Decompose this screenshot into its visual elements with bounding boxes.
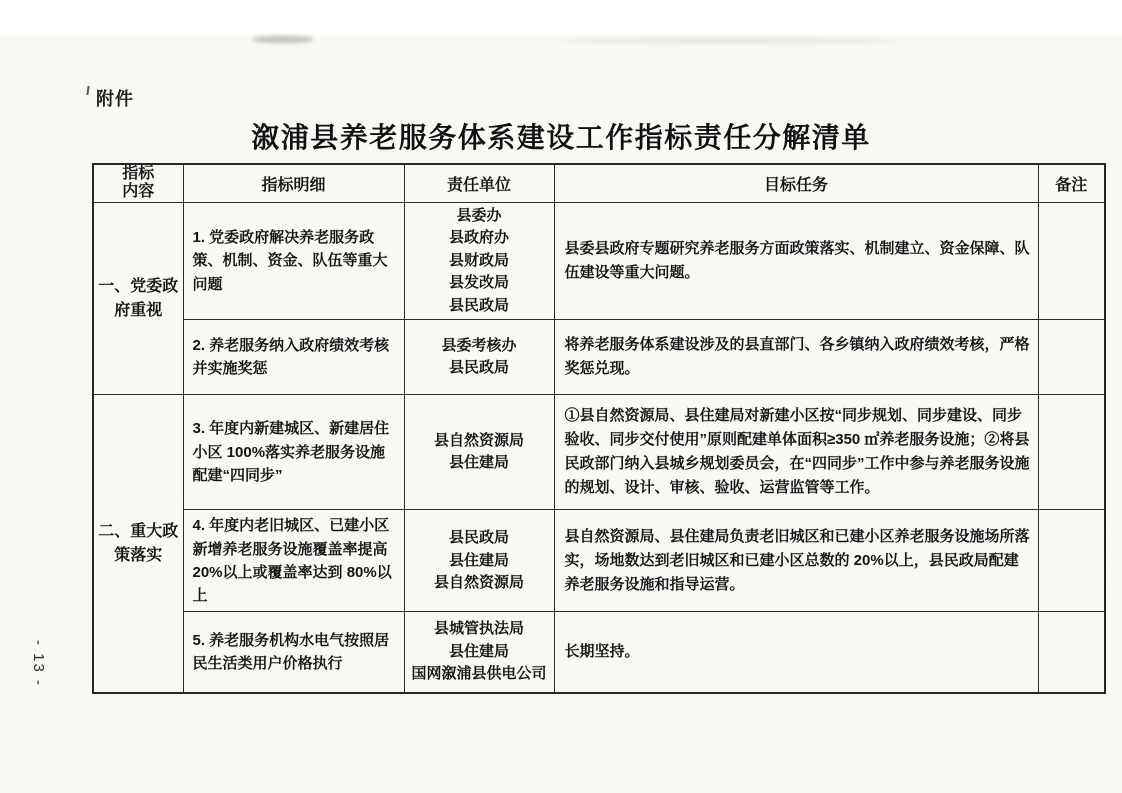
remark-cell-3: [1038, 395, 1105, 510]
table-row-5: 5. 养老服务机构水电气按照居民生活类用户价格执行 县城管执法局 县住建局 国网…: [93, 612, 1105, 693]
units-cell-4: 县民政局 县住建局 县自然资源局: [404, 510, 554, 612]
task-cell-1: 县委县政府专题研究养老服务方面政策落实、机制建立、资金保障、队伍建设等重大问题。: [554, 202, 1038, 320]
scan-tick-artifact: [86, 86, 89, 95]
col-header-indicator-content-text: 指标内容: [120, 165, 156, 202]
document-title: 溆浦县养老服务体系建设工作指标责任分解清单: [0, 116, 1122, 156]
remark-cell-1: [1038, 202, 1105, 320]
category-cell-party-government: 一、党委政府重视: [93, 202, 183, 395]
task-cell-3: ①县自然资源局、县住建局对新建小区按“同步规划、同步建设、同步验收、同步交付使用…: [554, 395, 1038, 510]
col-header-responsible-unit: 责任单位: [404, 164, 554, 202]
units-cell-1: 县委办 县政府办 县财政局 县发改局 县民政局: [404, 202, 554, 320]
responsibility-table: 指标内容 指标明细 责任单位 目标任务 备注 一、党委政府重视 1. 党委政府解…: [92, 163, 1106, 694]
scan-smudge-artifact: [252, 36, 314, 43]
units-cell-2: 县委考核办 县民政局: [404, 320, 554, 395]
units-cell-3: 县自然资源局 县住建局: [404, 395, 554, 510]
remark-cell-2: [1038, 320, 1105, 395]
detail-cell-2: 2. 养老服务纳入政府绩效考核并实施奖惩: [183, 320, 404, 395]
table-row-4: 4. 年度内老旧城区、已建小区新增养老服务设施覆盖率提高 20%以上或覆盖率达到…: [93, 510, 1105, 612]
task-cell-2: 将养老服务体系建设涉及的县直部门、各乡镇纳入政府绩效考核，严格奖惩兑现。: [554, 320, 1038, 395]
detail-cell-1: 1. 党委政府解决养老服务政策、机制、资金、队伍等重大问题: [183, 202, 404, 320]
task-cell-5: 长期坚持。: [554, 612, 1038, 693]
page-number: - 13 -: [30, 640, 47, 735]
detail-cell-5: 5. 养老服务机构水电气按照居民生活类用户价格执行: [183, 612, 404, 693]
col-header-remark: 备注: [1038, 164, 1105, 202]
task-cell-4: 县自然资源局、县住建局负责老旧城区和已建小区养老服务设施场所落实，场地数达到老旧…: [554, 510, 1038, 612]
attachment-label: 附件: [96, 85, 134, 111]
col-header-indicator-content: 指标内容: [93, 164, 183, 202]
table-row-3: 二、重大政策落实 3. 年度内新建城区、新建居住小区 100%落实养老服务设施配…: [93, 395, 1105, 510]
col-header-indicator-detail: 指标明细: [183, 164, 404, 202]
category-cell-major-policy: 二、重大政策落实: [93, 395, 183, 693]
units-cell-5: 县城管执法局 县住建局 国网溆浦县供电公司: [404, 612, 554, 693]
detail-cell-3: 3. 年度内新建城区、新建居住小区 100%落实养老服务设施配建“四同步”: [183, 395, 404, 510]
detail-cell-4: 4. 年度内老旧城区、已建小区新增养老服务设施覆盖率提高 20%以上或覆盖率达到…: [183, 510, 404, 612]
col-header-target-task: 目标任务: [554, 164, 1038, 202]
table-row-1: 一、党委政府重视 1. 党委政府解决养老服务政策、机制、资金、队伍等重大问题 县…: [93, 202, 1105, 320]
scan-band-artifact: [560, 38, 900, 43]
scanned-document-page: 附件 溆浦县养老服务体系建设工作指标责任分解清单 - 13 - 指标内容 指标明…: [0, 0, 1122, 793]
header-row: 指标内容 指标明细 责任单位 目标任务 备注: [93, 164, 1105, 202]
remark-cell-5: [1038, 612, 1105, 693]
table-row-2: 2. 养老服务纳入政府绩效考核并实施奖惩 县委考核办 县民政局 将养老服务体系建…: [93, 320, 1105, 395]
remark-cell-4: [1038, 510, 1105, 612]
